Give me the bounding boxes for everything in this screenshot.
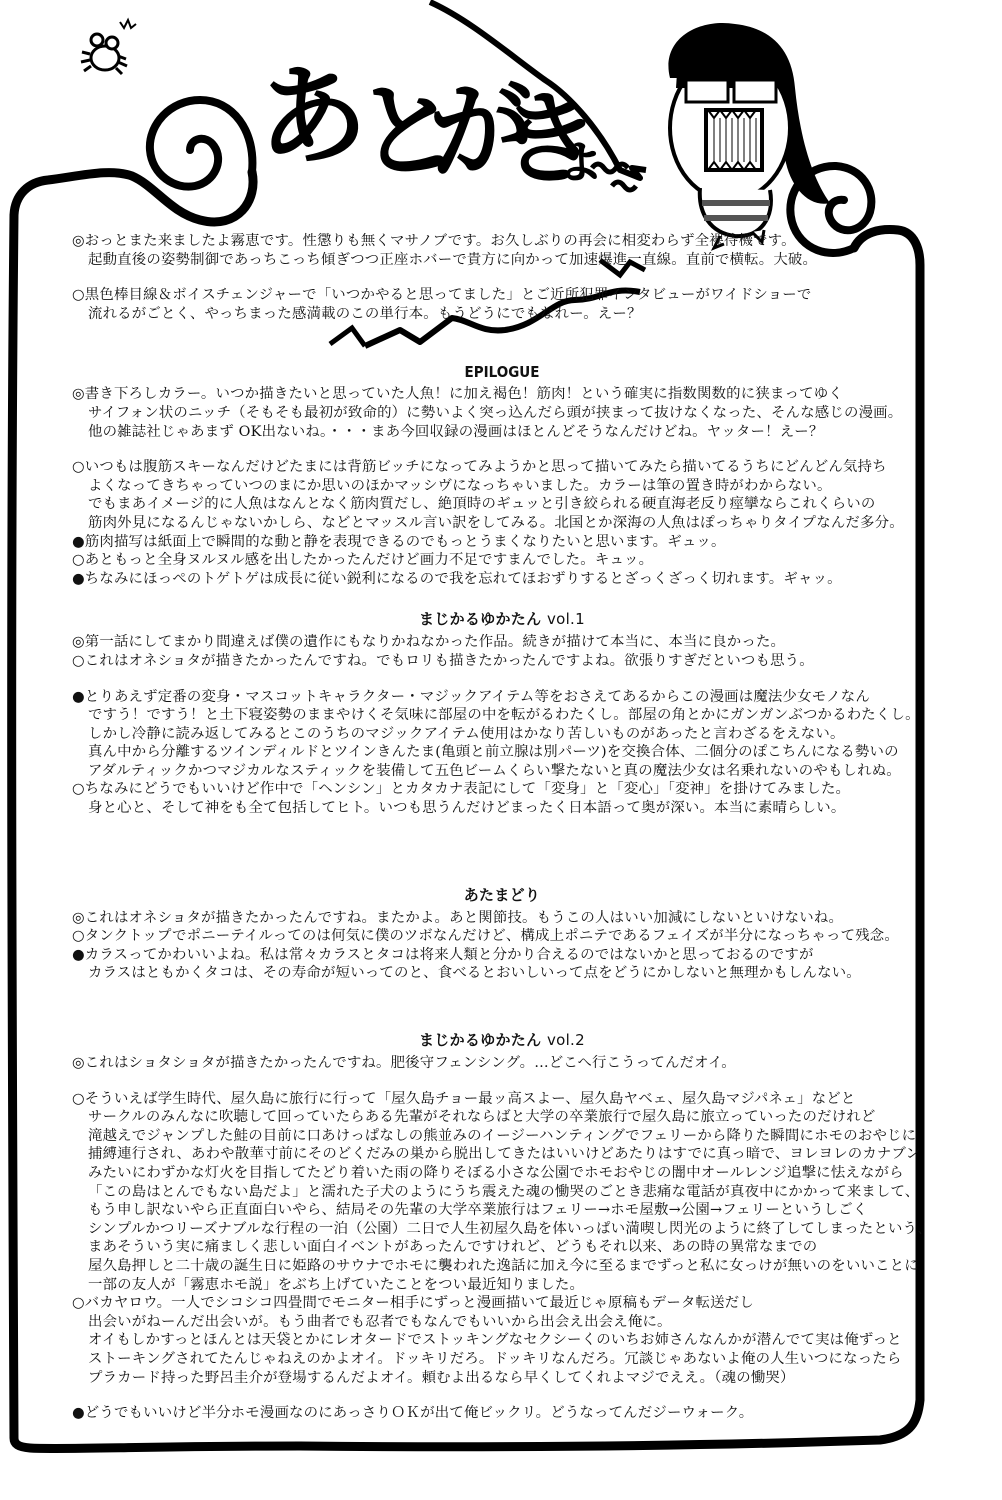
bullet-marker: ◎ [72,233,85,249]
line-text: とりあえず定番の変身・マスコットキャラクター・マジックアイテム等をおさえてあるか… [85,689,870,705]
paragraph-line: しかし冷静に読み返してみるとこのうちのマジックアイテム使用はかなり苦しいものがあ… [72,725,932,744]
svg-text:あ: あ [253,49,372,184]
bullet-marker: ● [72,689,85,705]
paragraph-line: ◎おっとまた来ましたよ霧恵です。性懲りも無くマサノブです。お久しぶりの再会に相変… [72,232,932,251]
paragraph: ◎第一話にしてまかり間違えば僕の遺作にもなりかねなかった作品。続きが描けて本当に… [72,633,932,652]
svg-text:ょ: ょ [552,122,610,190]
paragraph: ◎これはショタショタが描きたかったんですね。肥後守フェンシング。…どこへ行こうっ… [72,1054,932,1073]
paragraph-line: まあそういう実に痛ましく悲しい面白イベントがあったんですけれど、どうもそれ以来、… [72,1238,932,1257]
paragraph-line: もう申し訳ないやら正直面白いやら、結局その先輩の大学卒業旅行はフェリー→ホモ屋敷… [72,1201,932,1220]
paragraph: ○ちなみにどうでもいいけど作中で「ヘンシン」とカタカナ表記にして「変身」と「変心… [72,780,932,817]
paragraph-line: ○そういえば学生時代、屋久島に旅行に行って「屋久島チョー最ッ高スよー、屋久島ヤベ… [72,1090,932,1109]
paragraph: ◎これはオネショタが描きたかったんですね。またかよ。あと関節技。もうこの人はいい… [72,909,932,928]
paragraph: ◎おっとまた来ましたよ霧恵です。性懲りも無くマサノブです。お久しぶりの再会に相変… [72,232,932,269]
paragraph: ●とりあえず定番の変身・マスコットキャラクター・マジックアイテム等をおさえてある… [72,688,932,781]
section-spacer [72,818,932,878]
section-spacer [72,983,932,1023]
bullet-marker: ○ [72,928,85,944]
paragraph-line: 他の雑誌社じゃあまず OK出ないね。・・・まあ今回収録の漫画はほとんどそうなんだ… [72,423,932,442]
paragraph-spacer [72,1073,932,1090]
bullet-marker: ● [72,571,85,587]
section-heading: まじかるゆかたん vol.1 [72,608,932,629]
section-heading: まじかるゆかたん vol.2 [72,1029,932,1050]
paragraph-line: 捕縛連行され、あわや散華寸前にそのどくだみの巣から脱出してきたはいいけどあたりは… [72,1145,932,1164]
paragraph-line: 一部の友人が「霧恵ホモ説」をぶち上げていたことをつい最近知りました。 [72,1276,932,1295]
paragraph: ●カラスってかわいいよね。私は常々カラスとタコは将来人類と分かり合えるのではない… [72,946,932,983]
paragraph: ◎書き下ろしカラー。いつか描きたいと思っていた人魚！に加え褐色！筋肉！という確実… [72,385,932,441]
bullet-marker: ● [72,1405,85,1421]
line-text: どうでもいいけど半分ホモ漫画なのにあっさりＯＫが出て俺ビックリ。どうなってんだジ… [85,1405,754,1421]
line-text: 黒色棒目線＆ボイスチェンジャーで「いつかやると思ってました」とご近所犯罪インタビ… [85,287,812,303]
paragraph-line: ◎これはショタショタが描きたかったんですね。肥後守フェンシング。…どこへ行こうっ… [72,1054,932,1073]
section-subtitle: vol.1 [547,610,585,628]
paragraph-line: プラカード持った野呂圭介が登場するんだよオイ。頼むよ出るなら早くしてくれよマジで… [72,1369,932,1388]
bullet-marker: ○ [72,781,85,797]
paragraph-line: サイフォン状のニッチ（そもそも最初が致命的）に勢いよく突っ込んだら頭が挟まって抜… [72,404,932,423]
line-text: 書き下ろしカラー。いつか描きたいと思っていた人魚！に加え褐色！筋肉！という確実に… [85,386,843,402]
bullet-marker: ○ [72,552,85,568]
title-artwork: あ と が き ょ [253,49,636,198]
bullet-marker: ○ [72,287,85,303]
paragraph-line: サークルのみんなに吹聴して回っていたらある先輩がそれならばと大学の卒業旅行で屋久… [72,1108,932,1127]
line-text: ちなみにどうでもいいけど作中で「ヘンシン」とカタカナ表記にして「変身」と「変心」… [85,781,850,797]
crab-icon [81,20,136,74]
paragraph: ●筋肉描写は紙面上で瞬間的な動と静を表現できるのでもっとうまくなりたいと思います… [72,533,932,552]
paragraph-line: 筋肉外見になるんじゃないかしら、などとマッスル言い訳をしてみる。北国とか深海の人… [72,514,932,533]
svg-text:と: と [350,65,467,197]
paragraph-line: アダルティックかつマジカルなスティックを装備して五色ビームくらい撃たないと真の魔… [72,762,932,781]
paragraph: ○バカヤロウ。一人でシコシコ四畳間でモニター相手にずっと漫画描いて最近じゃ原稿も… [72,1294,932,1387]
paragraph-line: 「この島はとんでもない島だよ」と濡れた子犬のようにうち震えた魂の慟哭のごとき悲痛… [72,1183,932,1202]
section-spacer [72,323,932,357]
paragraph-line: ◎これはオネショタが描きたかったんですね。またかよ。あと関節技。もうこの人はいい… [72,909,932,928]
paragraph-line: ●ちなみにほっぺのトゲトゲは成長に従い鋭利になるので我を忘れてほおずりするとざっ… [72,570,932,589]
paragraph-line: でもまあイメージ的に人魚はなんとなく筋肉質だし、絶頂時のギュッと引き絞られる硬直… [72,495,932,514]
bullet-marker: ○ [72,653,85,669]
paragraph-spacer [72,1387,932,1404]
paragraph-line: 滝越えでジャンプした鮭の目前に口あけっぱなしの熊並みのイージーハンティングでフェ… [72,1127,932,1146]
paragraph-line: ◎書き下ろしカラー。いつか描きたいと思っていた人魚！に加え褐色！筋肉！という確実… [72,385,932,404]
section-heading: あたまどり [72,884,932,905]
line-text: これはショタショタが描きたかったんですね。肥後守フェンシング。…どこへ行こうって… [85,1055,736,1071]
paragraph-line: 身と心と、そして神をも全て包括してヒト。いつも思うんだけどまったく日本語って奥が… [72,799,932,818]
section-spacer [72,588,932,602]
paragraph-line: ○あともっと全身ヌルヌル感を出したかったんだけど画力不足ですまんでした。キュッ。 [72,551,932,570]
paragraph: ●ちなみにほっぺのトゲトゲは成長に従い鋭利になるので我を忘れてほおずりするとざっ… [72,570,932,589]
paragraph: ○あともっと全身ヌルヌル感を出したかったんだけど画力不足ですまんでした。キュッ。 [72,551,932,570]
paragraph: ○いつもは腹筋スキーなんだけどたまには背筋ビッチになってみようかと思って描いてみ… [72,458,932,532]
paragraph-spacer [72,441,932,458]
line-text: ちなみにほっぺのトゲトゲは成長に従い鋭利になるので我を忘れてほおずりするとざっく… [85,571,842,587]
svg-text:き: き [500,81,600,198]
paragraph: ○黒色棒目線＆ボイスチェンジャーで「いつかやると思ってました」とご近所犯罪インタ… [72,286,932,323]
line-text: そういえば学生時代、屋久島に旅行に行って「屋久島チョー最ッ高スよー、屋久島ヤベェ… [85,1091,856,1107]
section-title: EPILOGUE [465,363,540,381]
bullet-marker: ◎ [72,910,85,926]
spiral-left-icon [150,100,253,187]
line-text: これはオネショタが描きたかったんですね。でもロリも描きたかったんですよね。欲張り… [85,653,814,669]
paragraph-line: シンプルかつリーズナブルな行程の一泊（公園）二日で人生初屋久島を体いっぱい満喫し… [72,1220,932,1239]
section-title: あたまどり [464,886,541,904]
bullet-marker: ● [72,534,85,550]
paragraph-line: みたいにわずかな灯火を目指してたどり着いた雨の降りそぼる小さな公園でホモおやじの… [72,1164,932,1183]
paragraph: ●どうでもいいけど半分ホモ漫画なのにあっさりＯＫが出て俺ビックリ。どうなってんだ… [72,1404,932,1423]
paragraph-line: ○ちなみにどうでもいいけど作中で「ヘンシン」とカタカナ表記にして「変身」と「変心… [72,780,932,799]
bullet-marker: ◎ [72,634,85,650]
section-title: まじかるゆかたん [419,610,541,628]
line-text: おっとまた来ましたよ霧恵です。性懲りも無くマサノブです。お久しぶりの再会に相変わ… [85,233,796,249]
bullet-marker: ○ [72,1295,85,1311]
paragraph-line: 流れるがごとく、やっちまった感満載のこの単行本。もうどうにでもなれー。えー？ [72,305,932,324]
paragraph-line: オイもしかすっとほんとは天袋とかにレオタードでストッキングなセクシーくのいちお姉… [72,1331,932,1350]
svg-text:が: が [425,66,538,195]
paragraph-line: ○黒色棒目線＆ボイスチェンジャーで「いつかやると思ってました」とご近所犯罪インタ… [72,286,932,305]
paragraph-line: 真ん中から分離するツインディルドとツインきんたま(亀頭と前立腺は別パーツ)を交換… [72,743,932,762]
paragraph-line: ○バカヤロウ。一人でシコシコ四畳間でモニター相手にずっと漫画描いて最近じゃ原稿も… [72,1294,932,1313]
line-text: あともっと全身ヌルヌル感を出したかったんだけど画力不足ですまんでした。キュッ。 [85,552,653,568]
paragraph-line: ●筋肉描写は紙面上で瞬間的な動と静を表現できるのでもっとうまくなりたいと思います… [72,533,932,552]
bullet-marker: ● [72,947,85,963]
section-heading: EPILOGUE [72,363,932,381]
paragraph-spacer [72,671,932,688]
section-title: まじかるゆかたん [419,1031,541,1049]
line-text: いつもは腹筋スキーなんだけどたまには背筋ビッチになってみようかと思って描いてみた… [85,459,887,475]
paragraph-line: 屋久島押しと二十歳の誕生日に姫路のサウナでホモに襲われた逸話に加え今に至るまでず… [72,1257,932,1276]
afterword-body: ◎おっとまた来ましたよ霧恵です。性懲りも無くマサノブです。お久しぶりの再会に相変… [72,232,932,1423]
line-text: 第一話にしてまかり間違えば僕の遺作にもなりかねなかった作品。続きが描けて本当に、… [85,634,785,650]
line-text: 筋肉描写は紙面上で瞬間的な動と静を表現できるのでもっとうまくなりたいと思います。… [85,534,726,550]
intro-block: ◎おっとまた来ましたよ霧恵です。性懲りも無くマサノブです。お久しぶりの再会に相変… [72,232,932,323]
line-text: バカヤロウ。一人でシコシコ四畳間でモニター相手にずっと漫画描いて最近じゃ原稿もデ… [85,1295,754,1311]
paragraph-line: ストーキングされてたんじゃねえのかよオイ。ドッキリだろ。ドッキリなんだろ。冗談じ… [72,1350,932,1369]
paragraph: ○これはオネショタが描きたかったんですね。でもロリも描きたかったんですよね。欲張… [72,652,932,671]
paragraph-line: よくなってきちゃっていつのまにか思いのほかマッシヴになっちゃいました。カラーは筆… [72,477,932,496]
line-text: タンクトップでポニーテイルってのは何気に僕のツボなんだけど、構成上ポニテであるフ… [85,928,899,944]
sections-container: EPILOGUE◎書き下ろしカラー。いつか描きたいと思っていた人魚！に加え褐色！… [72,323,932,1422]
bullet-marker: ◎ [72,386,85,402]
character-illustration [668,23,830,248]
paragraph-line: ●どうでもいいけど半分ホモ漫画なのにあっさりＯＫが出て俺ビックリ。どうなってんだ… [72,1404,932,1423]
paragraph-spacer [72,269,932,286]
paragraph-line: ◎第一話にしてまかり間違えば僕の遺作にもなりかねなかった作品。続きが描けて本当に… [72,633,932,652]
line-text: カラスってかわいいよね。私は常々カラスとタコは将来人類と分かり合えるのではないか… [85,947,814,963]
bullet-marker: ○ [72,459,85,475]
section-subtitle: vol.2 [547,1031,585,1049]
paragraph-line: ○いつもは腹筋スキーなんだけどたまには背筋ビッチになってみようかと思って描いてみ… [72,458,932,477]
paragraph-line: ●とりあえず定番の変身・マスコットキャラクター・マジックアイテム等をおさえてある… [72,688,932,707]
paragraph: ○そういえば学生時代、屋久島に旅行に行って「屋久島チョー最ッ高スよー、屋久島ヤベ… [72,1090,932,1295]
paragraph-line: ○これはオネショタが描きたかったんですね。でもロリも描きたかったんですよね。欲張… [72,652,932,671]
paragraph-line: ●カラスってかわいいよね。私は常々カラスとタコは将来人類と分かり合えるのではない… [72,946,932,965]
bullet-marker: ○ [72,1091,85,1107]
paragraph-line: ○タンクトップでポニーテイルってのは何気に僕のツボなんだけど、構成上ポニテである… [72,927,932,946]
paragraph-line: カラスはともかくタコは、その寿命が短いってのと、食べるとおいしいって点をどうにか… [72,964,932,983]
paragraph-line: ですう！ですう！と土下寝姿勢のままやけくそ気味に部屋の中を転がるわたくし。部屋の… [72,706,932,725]
line-text: これはオネショタが描きたかったんですね。またかよ。あと関節技。もうこの人はいい加… [85,910,843,926]
bullet-marker: ◎ [72,1055,85,1071]
paragraph-line: 起動直後の姿勢制御であっちこっち傾ぎつつ正座ホバーで貴方に向かって加速爆進一直線… [72,251,932,270]
paragraph-line: 出会いがねーんだ出会いが。もう曲者でも忍者でもなんでもいいから出会え出会え俺に。 [72,1313,932,1332]
paragraph: ○タンクトップでポニーテイルってのは何気に僕のツボなんだけど、構成上ポニテである… [72,927,932,946]
